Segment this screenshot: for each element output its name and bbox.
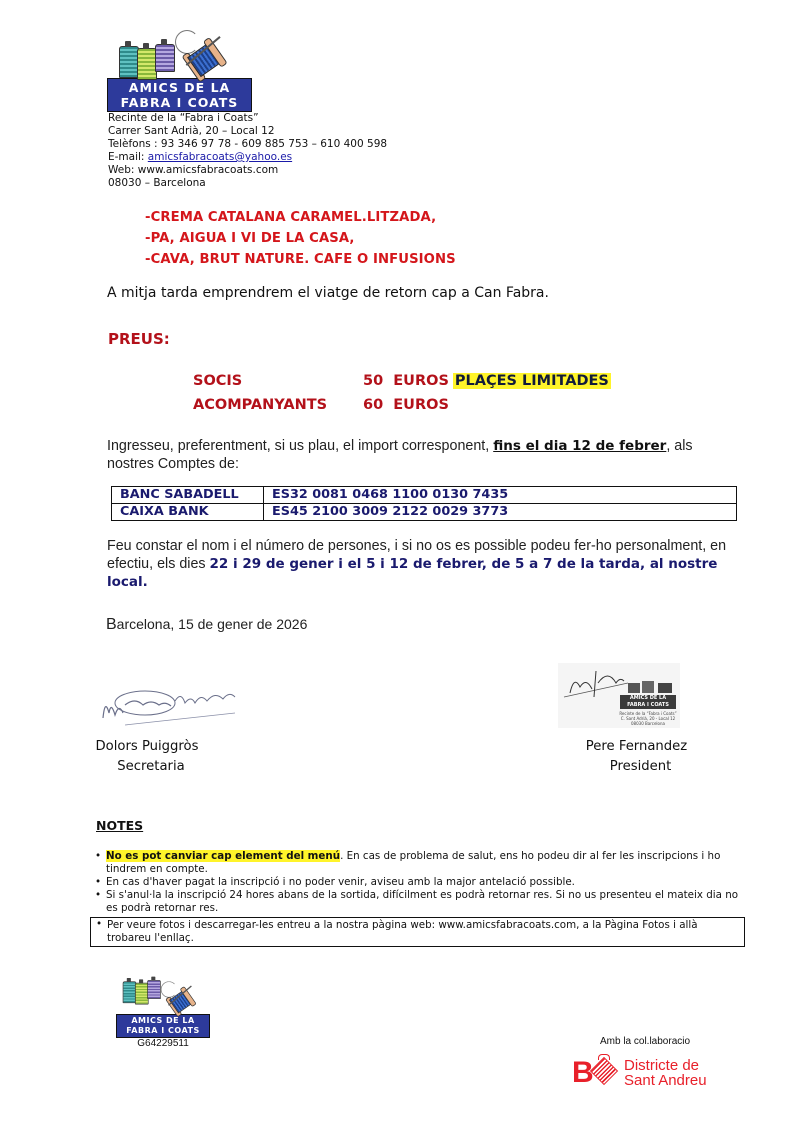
signer-role: President xyxy=(574,757,699,777)
bank-iban: ES45 2100 3009 2122 0029 3773 xyxy=(264,504,737,521)
thread-spools-icon xyxy=(115,28,225,78)
association-logo: AMICS DE LA FABRA I COATS xyxy=(107,28,252,112)
address-block: Recinte de la “Fabra i Coats” Carrer San… xyxy=(108,112,387,190)
in-person-payment-text: Feu constar el nom i el número de person… xyxy=(107,537,739,591)
note-item: Si s'anul·la la inscripció 24 hores aban… xyxy=(90,889,745,915)
prices-title: PREUS: xyxy=(108,330,170,348)
stamp-banner: AMICS DE LAFABRA I COATS xyxy=(620,695,676,709)
collaboration-label: Amb la col.laboracio xyxy=(600,1036,690,1047)
logo-line-1: AMICS DE LA xyxy=(108,80,251,95)
logo-line-2: FABRA I COATS xyxy=(108,95,251,110)
bank-accounts-table: BANC SABADELL ES32 0081 0468 1100 0130 7… xyxy=(111,486,737,521)
tax-id: G64229511 xyxy=(116,1038,210,1049)
address-phones: Telèfons : 93 346 97 78 - 609 885 753 – … xyxy=(108,138,387,151)
barcelona-shield-icon xyxy=(590,1057,618,1085)
bank-iban: ES32 0081 0468 1100 0130 7435 xyxy=(264,487,737,504)
signature-secretary-image xyxy=(95,673,245,733)
signer-name: Pere Fernandez xyxy=(574,737,699,757)
signer-role: Secretaria xyxy=(82,757,212,777)
logo-banner: AMICS DE LA FABRA I COATS xyxy=(107,78,252,112)
menu-item: -CREMA CATALANA CARAMEL.LITZADA, xyxy=(145,207,456,228)
notes-title: NOTES xyxy=(96,818,143,833)
district-logo: B Districte de Sant Andreu xyxy=(572,1058,732,1090)
price-row-members: SOCIS50 EUROSPLAÇES LIMITADES xyxy=(193,373,611,389)
document-date: Barcelona, 15 de gener de 2026 xyxy=(106,616,307,634)
notes-list: No es pot canviar cap element del menú. … xyxy=(90,850,745,947)
stamp-address: Recinte de la “Fabra i Coats” C. Sant Ad… xyxy=(618,711,678,726)
note-item: No es pot canviar cap element del menú. … xyxy=(90,850,745,876)
price-amount: 60 EUROS xyxy=(363,397,449,413)
note-highlight: No es pot canviar cap element del menú xyxy=(106,850,340,862)
limited-places-badge: PLAÇES LIMITADES xyxy=(453,373,611,389)
menu-list: -CREMA CATALANA CARAMEL.LITZADA, -PA, AI… xyxy=(145,207,456,270)
note-item-photos: Per veure fotos i descarregar-les entreu… xyxy=(90,917,745,947)
signer-president: Pere Fernandez President xyxy=(574,737,699,777)
address-email: E-mail: amicsfabracoats@yahoo.es xyxy=(108,151,387,164)
table-row: BANC SABADELL ES32 0081 0468 1100 0130 7… xyxy=(112,487,737,504)
price-label: ACOMPANYANTS xyxy=(193,397,363,413)
table-row: CAIXA BANK ES45 2100 3009 2122 0029 3773 xyxy=(112,504,737,521)
menu-item: -PA, AIGUA I VI DE LA CASA, xyxy=(145,228,456,249)
bank-name: BANC SABADELL xyxy=(112,487,264,504)
address-venue: Recinte de la “Fabra i Coats” xyxy=(108,112,387,125)
signature-president-stamp: AMICS DE LAFABRA I COATS Recinte de la “… xyxy=(558,663,680,728)
address-city: 08030 – Barcelona xyxy=(108,177,387,190)
address-street: Carrer Sant Adrià, 20 – Local 12 xyxy=(108,125,387,138)
price-amount: 50 EUROS xyxy=(363,373,449,389)
email-link[interactable]: amicsfabracoats@yahoo.es xyxy=(148,151,292,163)
return-trip-text: A mitja tarda emprendrem el viatge de re… xyxy=(107,285,549,301)
logo-banner: AMICS DE LA FABRA I COATS xyxy=(116,1014,210,1038)
menu-item: -CAVA, BRUT NATURE. CAFE O INFUSIONS xyxy=(145,249,456,270)
signer-secretary: Dolors Puiggròs Secretaria xyxy=(82,737,212,777)
address-web: Web: www.amicsfabracoats.com xyxy=(108,164,387,177)
footer-logo: AMICS DE LA FABRA I COATS G64229511 xyxy=(116,980,210,1049)
payment-instructions: Ingresseu, preferentment, si us plau, el… xyxy=(107,437,739,473)
payment-deadline: fins el dia 12 de febrer xyxy=(493,438,666,454)
price-label: SOCIS xyxy=(193,373,363,389)
signer-name: Dolors Puiggròs xyxy=(82,737,212,757)
price-row-companions: ACOMPANYANTS60 EUROS xyxy=(193,397,449,413)
note-item: En cas d'haver pagat la inscripció i no … xyxy=(90,876,745,889)
district-name: Districte de Sant Andreu xyxy=(624,1058,707,1088)
district-letter: B xyxy=(572,1058,594,1088)
thread-spools-icon xyxy=(120,980,195,1003)
bank-name: CAIXA BANK xyxy=(112,504,264,521)
